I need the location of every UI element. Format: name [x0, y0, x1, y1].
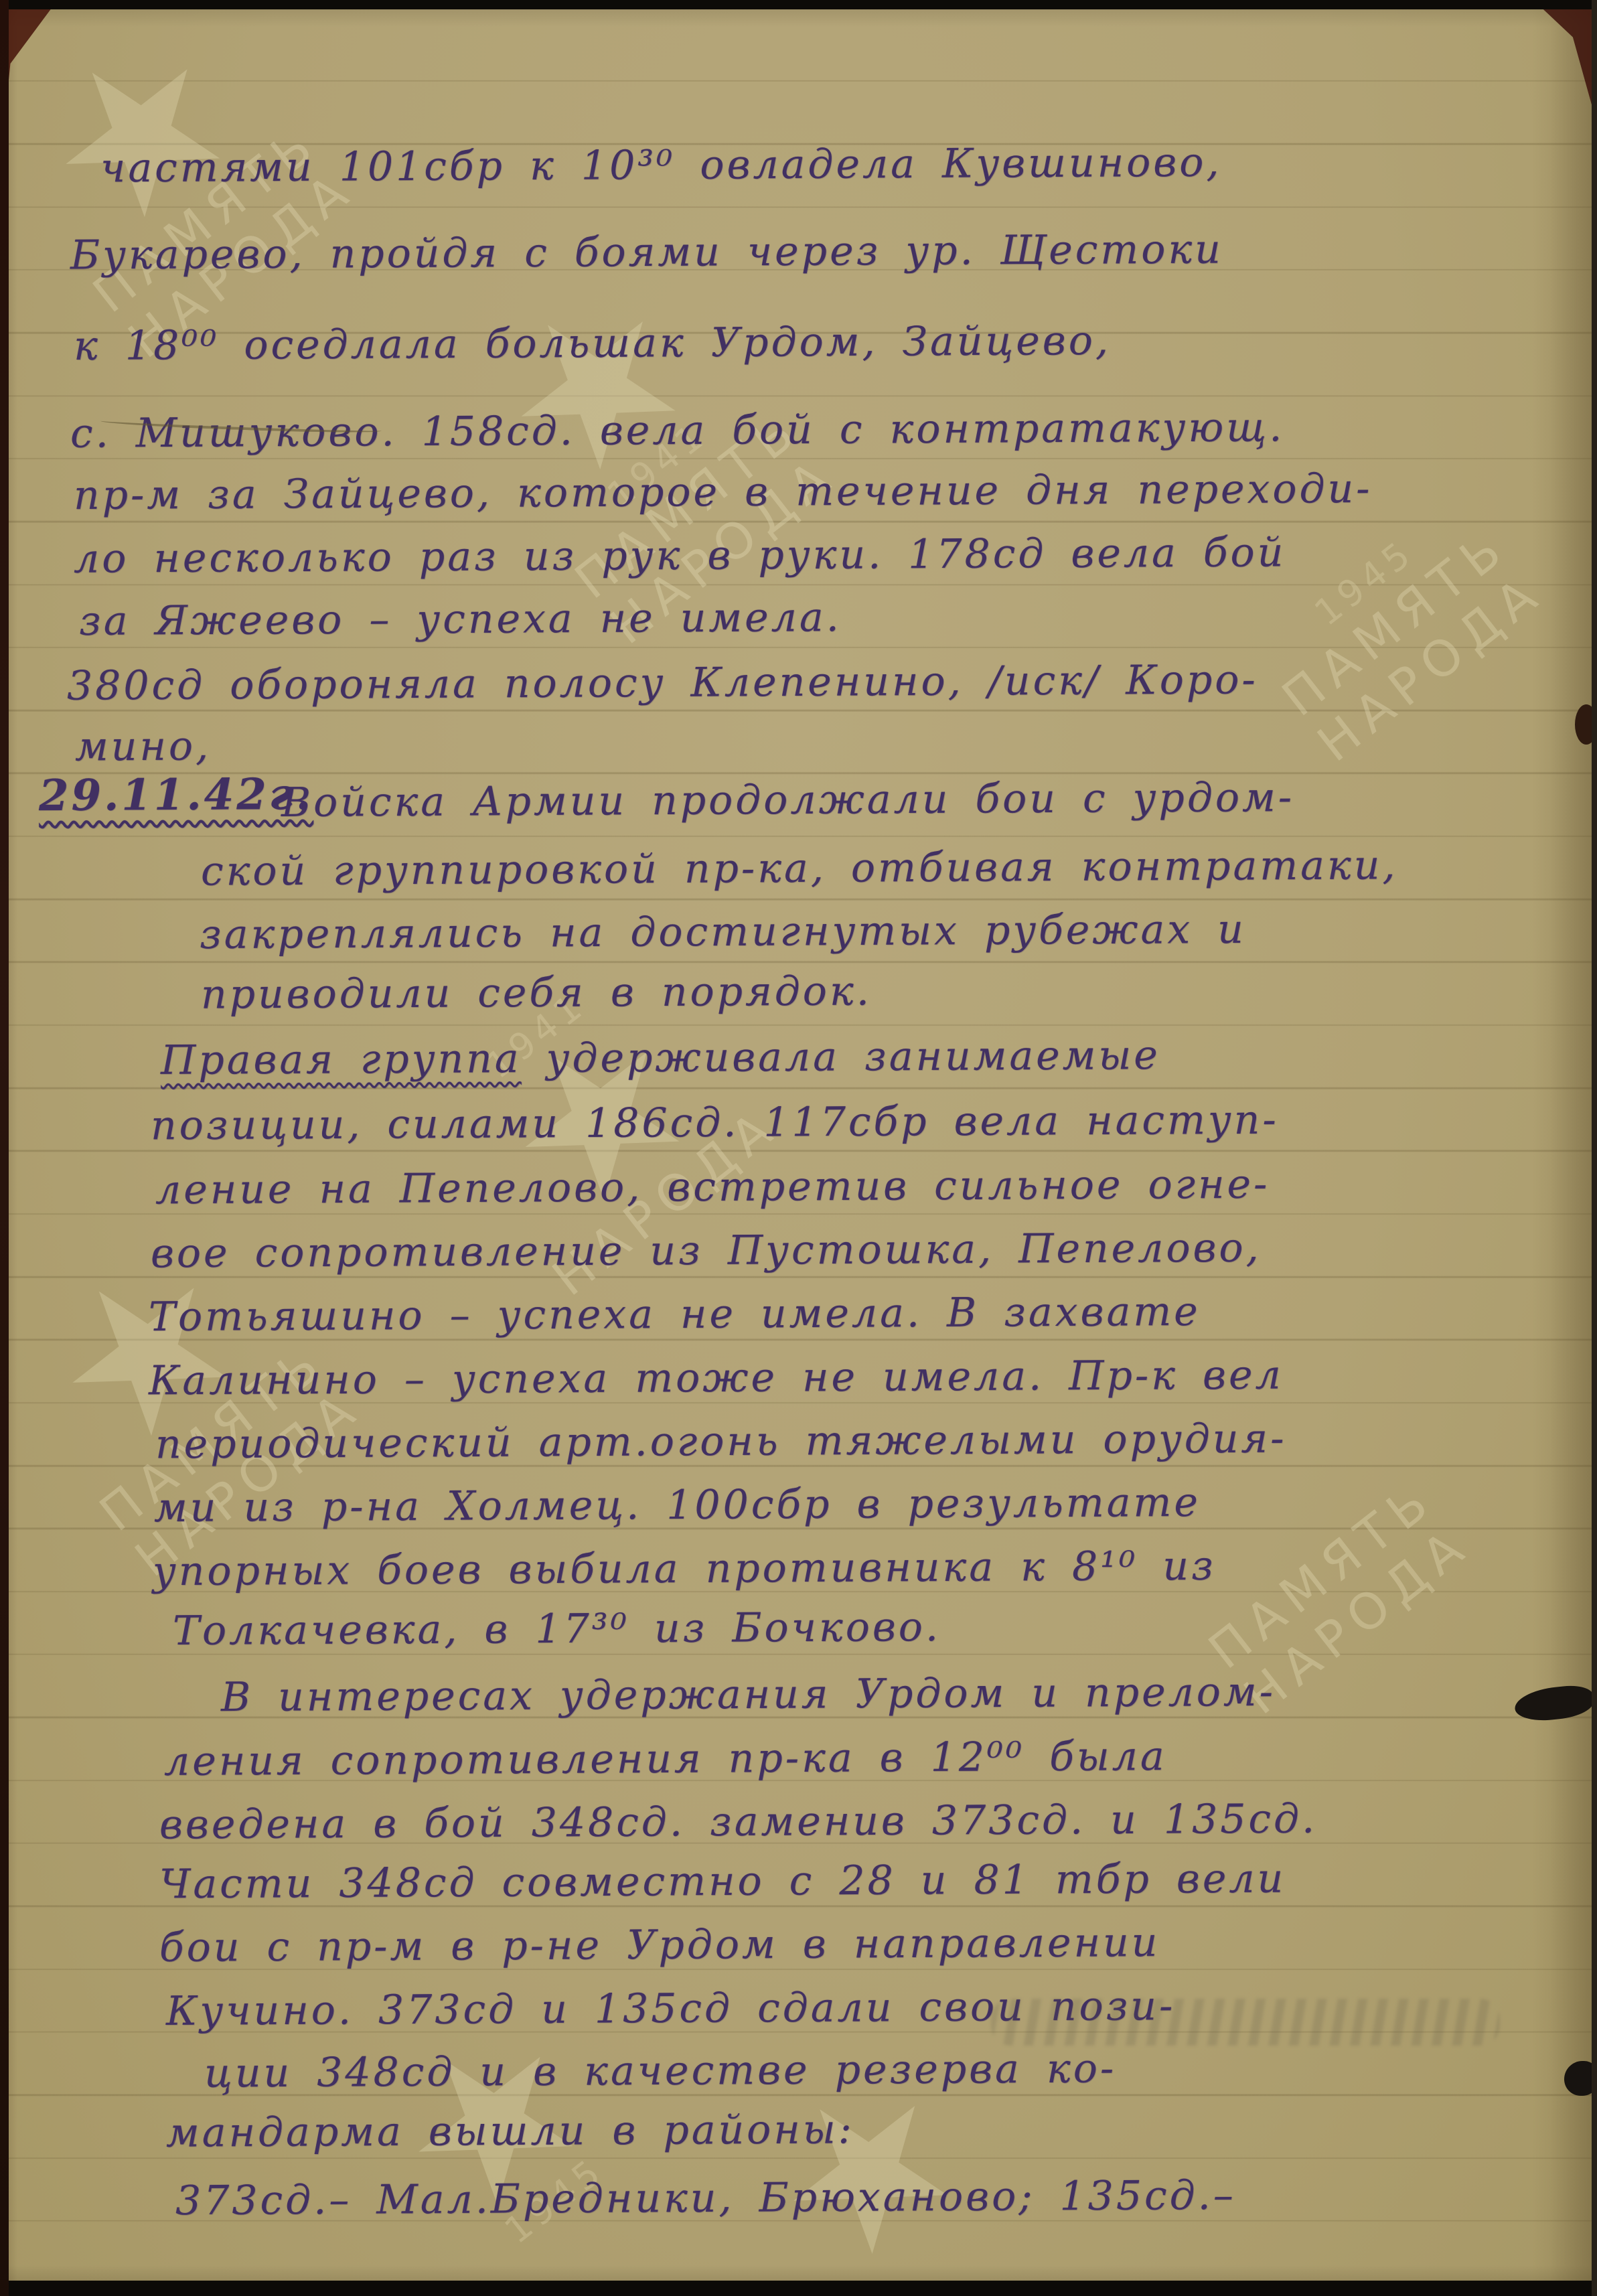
- handwritten-line: мандарма вышли в районы:: [166, 2106, 854, 2156]
- watermark-word: ПАМЯТЬ: [1199, 1470, 1446, 1681]
- handwritten-line: бои с пр-м в р-не Урдом в направлении: [159, 1919, 1160, 1971]
- watermark-word: НАРОДА: [1307, 562, 1554, 773]
- handwritten-line: ло несколько раз из рук в руки. 178сд ве…: [74, 529, 1286, 582]
- handwritten-line: введена в бой 348сд. заменив 373сд. и 13…: [159, 1795, 1317, 1848]
- scan-edge: [0, 0, 9, 2296]
- handwritten-line: вое сопротивление из Пустошка, Пепелово,: [151, 1225, 1262, 1278]
- handwritten-line: позиции, силами 186сд. 117сбр вела насту…: [151, 1097, 1279, 1150]
- handwritten-line: ской группировкой пр-ка, отбивая контрат…: [201, 842, 1398, 895]
- watermark-year: 1945: [1245, 483, 1484, 682]
- handwritten-line: 380сд обороняла полосу Клепенино, /иск/ …: [67, 656, 1258, 709]
- scan-edge: [1592, 0, 1597, 2296]
- handwritten-line: приводили себя в порядок.: [201, 968, 872, 1018]
- pencil-smudge: [991, 1999, 1500, 2046]
- entry-date: 29.11.42г.: [39, 769, 313, 821]
- handwritten-line: Тотьяшино – успеха не имела. В захвате: [149, 1288, 1201, 1341]
- scan-edge: [0, 0, 1597, 9]
- handwritten-line: упорных боев выбила противника к 8¹⁰ из: [153, 1543, 1216, 1595]
- handwritten-line: периодический арт.огонь тяжелыми орудия-: [155, 1415, 1287, 1468]
- scanned-journal-page: ★ ПАМЯТЬ НАРОДА ★ 1941 ПАМЯТЬ НАРОДА 194…: [0, 0, 1597, 2296]
- handwritten-line: Букарево, пройдя с боями через ур. Щесто…: [70, 226, 1223, 279]
- memory-of-people-watermark: 1945 ПАМЯТЬ НАРОДА: [1245, 483, 1555, 773]
- handwritten-line: мино,: [75, 722, 211, 770]
- watermark-word: ПАМЯТЬ: [1272, 517, 1519, 728]
- handwritten-line: ление на Пепелово, встретив сильное огне…: [155, 1161, 1270, 1214]
- page-fold-shade: [1532, 0, 1594, 2296]
- handwritten-line: частями 101сбр к 10³⁰ овладела Кувшиново…: [100, 139, 1222, 192]
- handwritten-line: Правая группа удерживала занимаемые: [161, 1032, 1160, 1084]
- handwritten-line: к 18⁰⁰ оседлала большак Урдом, Зайцево,: [74, 317, 1111, 370]
- handwritten-line: за Яжеево – успеха не имела.: [79, 594, 842, 645]
- scan-edge: [0, 2281, 1597, 2296]
- handwritten-line: Толкачевка, в 17³⁰ из Бочково.: [173, 1604, 941, 1655]
- handwritten-line: ми из р-на Холмец. 100сбр в результате: [154, 1479, 1201, 1531]
- handwritten-line: Части 348сд совместно с 28 и 81 тбр вели: [159, 1855, 1286, 1908]
- handwritten-line: В интересах удержания Урдом и прелом-: [221, 1669, 1276, 1721]
- underlined-phrase: Правая группа: [161, 1035, 522, 1084]
- line-rest: удерживала занимаемые: [521, 1032, 1160, 1082]
- handwritten-line: Войска Армии продолжали бои с урдом-: [281, 774, 1294, 826]
- handwritten-line: закреплялись на достигнутых рубежах и: [200, 906, 1246, 958]
- handwritten-line: Калинино – успеха тоже не имела. Пр-к ве…: [149, 1352, 1284, 1405]
- handwritten-line: ции 348сд и в качестве резерва ко-: [204, 2045, 1116, 2096]
- handwritten-line: 373сд.– Мал.Бредники, Брюханово; 135сд.–: [175, 2172, 1236, 2224]
- handwritten-line: ления сопротивления пр-ка в 12⁰⁰ была: [164, 1733, 1167, 1785]
- handwritten-line: пр-м за Зайцево, которое в течение дня п…: [74, 465, 1373, 519]
- handwritten-line: с. Мишуково. 158сд. вела бой с контратак…: [70, 404, 1285, 457]
